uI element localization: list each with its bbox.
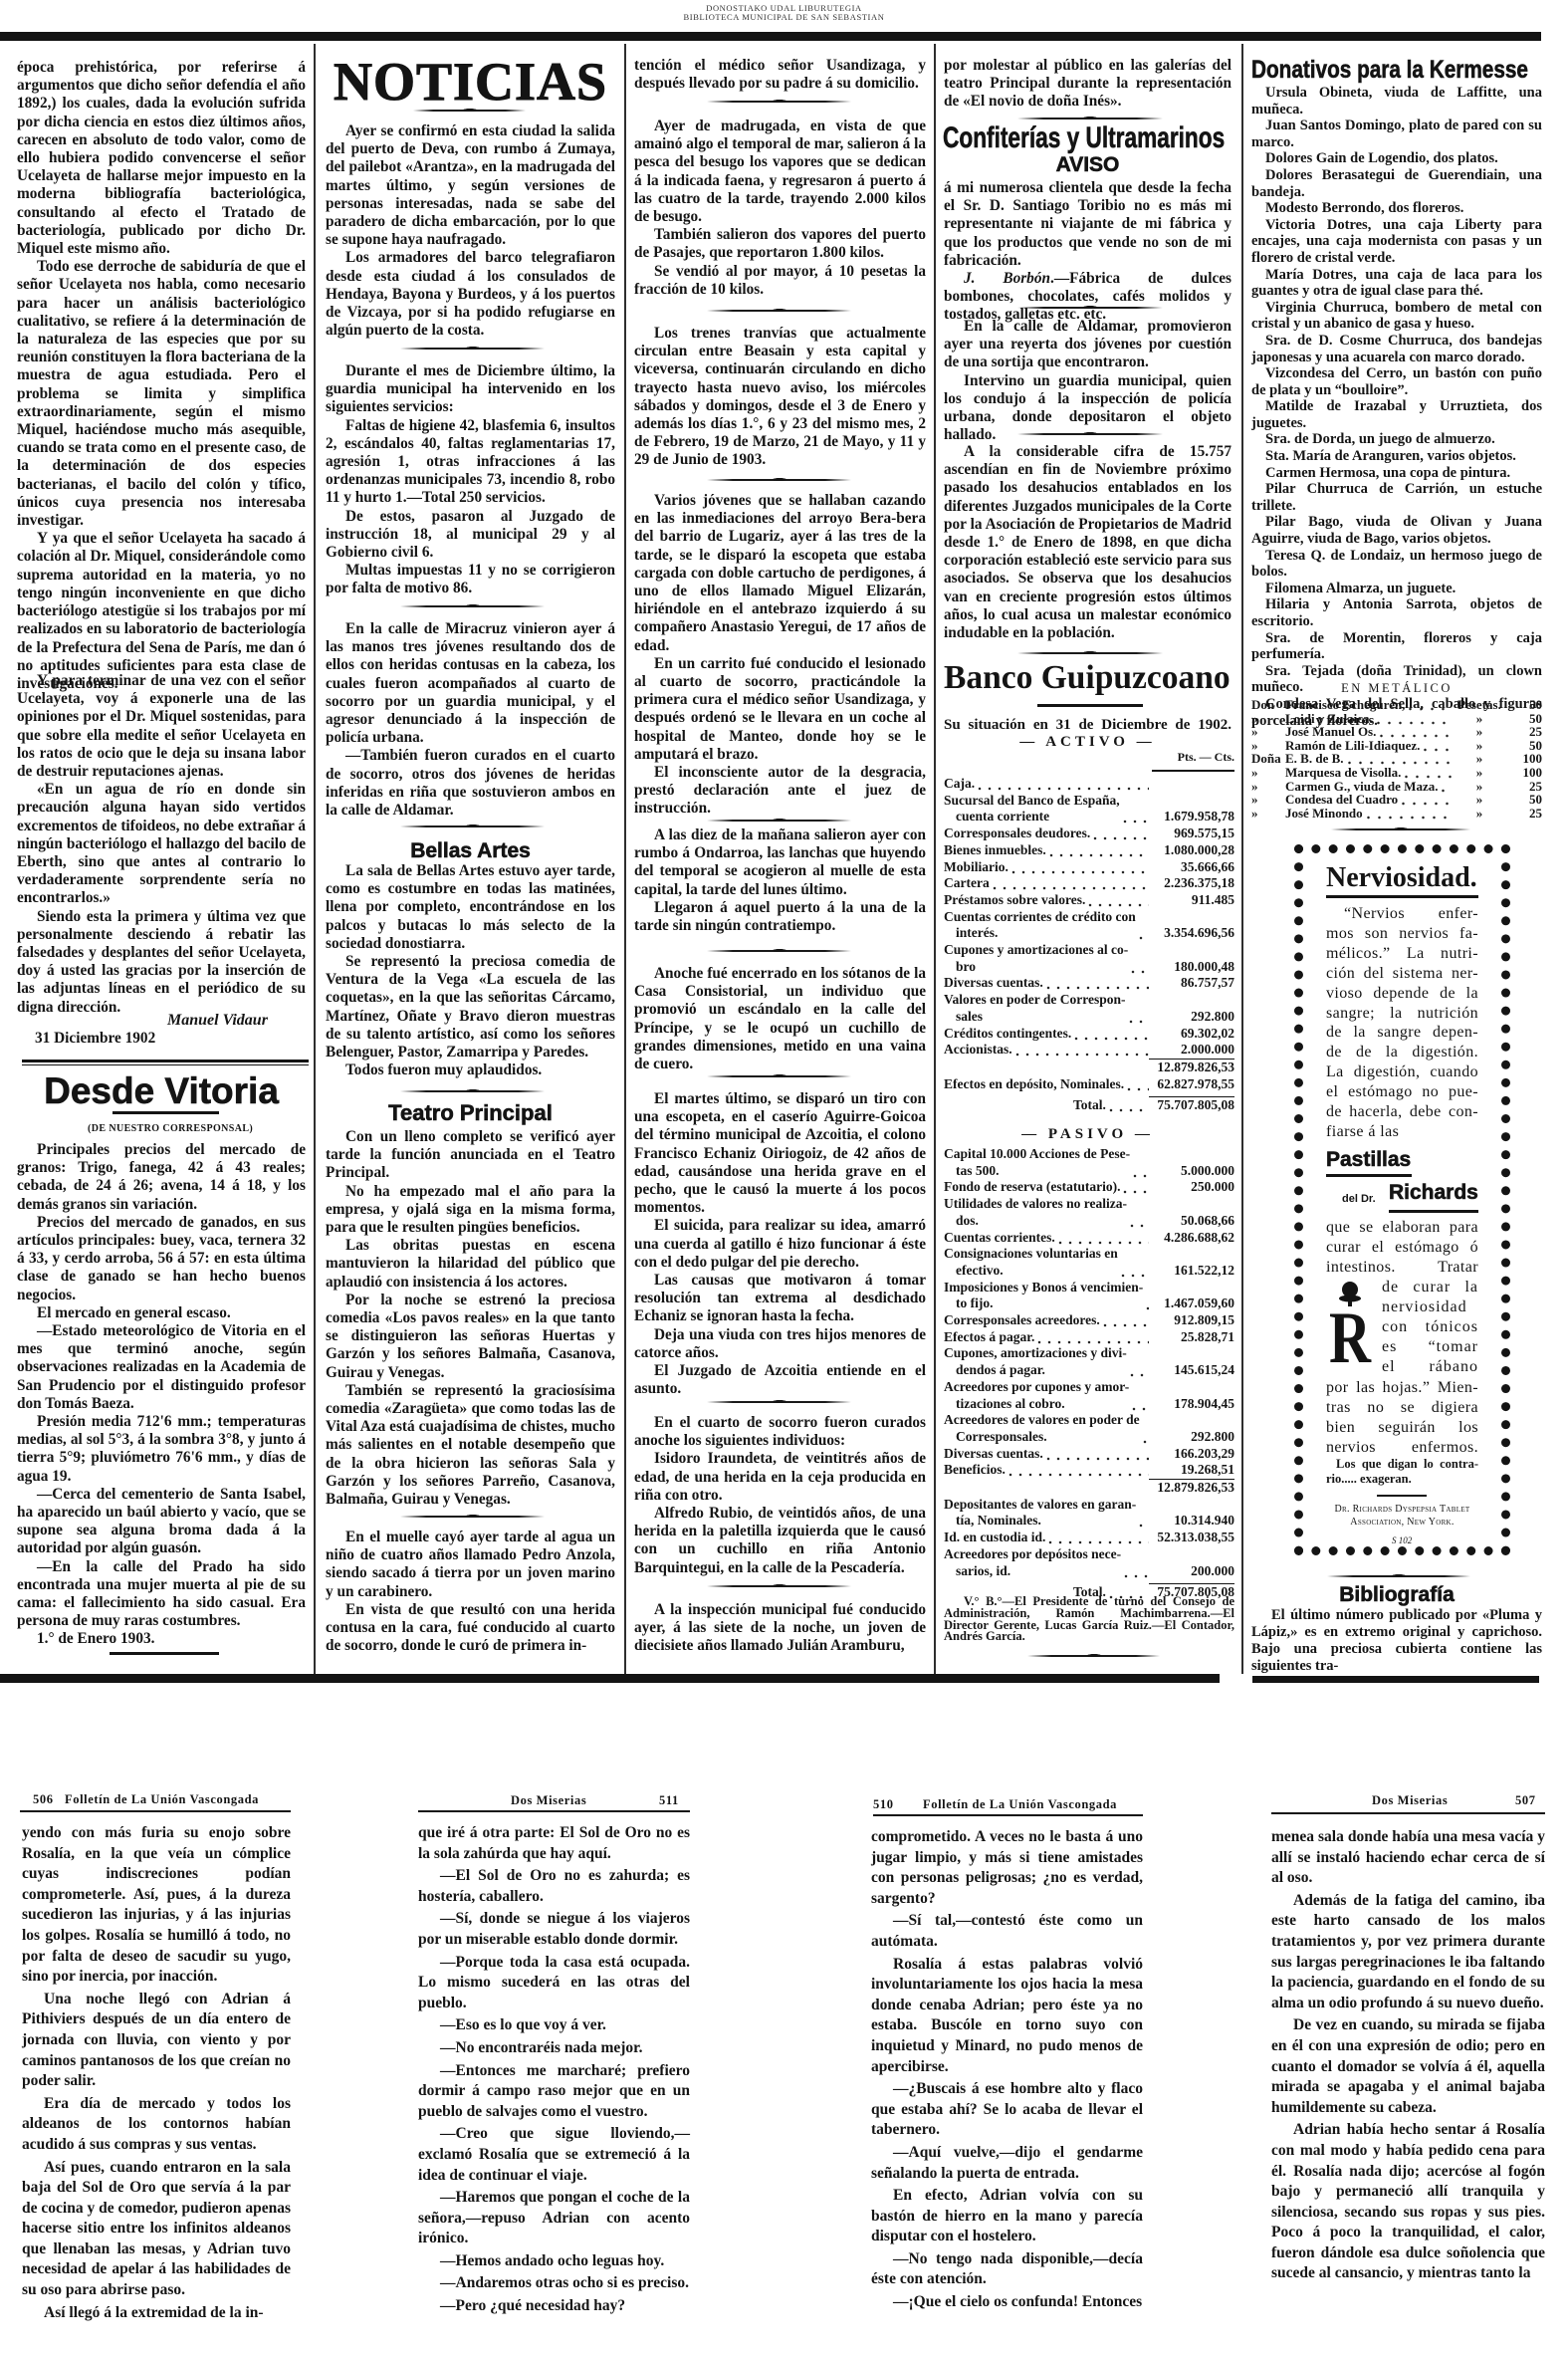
- ledger-label: Diversas cuentas.: [944, 1446, 1043, 1463]
- news-escopeta: Varios jóvenes que se hallaban cazando e…: [634, 492, 926, 819]
- currency-unit: Pesetas.: [1453, 698, 1506, 712]
- running-title: Folletín de La Unión Vascongada: [923, 1797, 1117, 1811]
- ad-tagline: Los que digan lo contra-rio..... exagera…: [1326, 1457, 1478, 1487]
- donation-item: Dolores Berasategui de Guerendiain, una …: [1251, 167, 1542, 200]
- teatro-principal-heading: Teatro Principal: [326, 1102, 615, 1124]
- activo-total: 75.707.805,08: [1149, 1096, 1234, 1114]
- ledger-value: 1.467.059,60: [1149, 1296, 1234, 1312]
- bibliografia-heading: Bibliografía: [1251, 1584, 1542, 1605]
- paragraph: Por la noche se estrenó la preciosa come…: [326, 1292, 615, 1382]
- dot-leader: [1106, 1097, 1149, 1114]
- ledger-value: 2.000.000: [1149, 1042, 1234, 1059]
- ornamental-rule: [400, 1088, 545, 1093]
- ledger-row: Fondo de reserva (estatutario).250.000: [944, 1179, 1234, 1196]
- column-separator: [314, 44, 316, 1674]
- paragraph: —Creo que sigue lloviendo,—exclamó Rosal…: [418, 2124, 690, 2186]
- ad-line: nerviosidad: [1382, 1297, 1478, 1317]
- donation-item: Vizcondesa del Cerro, un bastón con puño…: [1251, 365, 1542, 398]
- ad-line: mos son nervios fa-: [1326, 924, 1478, 944]
- dot-leader: [1118, 1263, 1149, 1280]
- ledger-row: Id. en custodia id.52.313.038,55: [944, 1530, 1234, 1546]
- ledger-value: 19.268,51: [1149, 1462, 1234, 1479]
- ad-line: rio..... exageran.: [1326, 1472, 1478, 1487]
- ledger-value: 180.000,48: [1149, 959, 1234, 976]
- ledger-label: Valores en poder de Correspon- sales: [944, 992, 1126, 1025]
- donor-title: »: [1251, 712, 1285, 726]
- dot-leader: [1363, 807, 1453, 821]
- ad-line: curar el estómago ó: [1326, 1238, 1478, 1258]
- dot-leader: [1071, 1026, 1149, 1043]
- paragraph: —Sí, donde se niegue á los viajeros por …: [418, 1909, 690, 1950]
- paragraph: —No encontraréis nada mejor.: [418, 2038, 690, 2059]
- serial-page-511: que iré á otra parte: El Sol de Oro no e…: [418, 1823, 690, 2317]
- paragraph: Alfredo Rubio, de veintidós años, de una…: [634, 1505, 926, 1577]
- ledger-row: Cuentas corrientes de crédito con interé…: [944, 909, 1234, 942]
- ornamental-rule: [707, 1073, 851, 1078]
- column-separator: [624, 44, 626, 1674]
- ledger-row: Acreedores por depósitos nece- sarios, i…: [944, 1546, 1234, 1579]
- paragraph: Era día de mercado y todos los aldeanos …: [22, 2094, 291, 2156]
- column-separator: [934, 44, 936, 1674]
- column-separator: [1241, 44, 1243, 1674]
- news-desahucios: A la considerable cifra de 15.757 ascend…: [944, 443, 1232, 642]
- letter-date: 31 Diciembre 1902: [35, 1030, 155, 1048]
- paragraph: Isidoro Iraundeta, de veintitrés años de…: [634, 1450, 926, 1505]
- ledger-value: 35.666,66: [1149, 859, 1234, 876]
- ledger-row: Corresponsales acreedores.912.809,15: [944, 1312, 1234, 1329]
- ad-line: de curar la: [1382, 1278, 1478, 1297]
- running-head-rule: [20, 1810, 291, 1812]
- ledger-value: 52.313.038,55: [1149, 1530, 1234, 1546]
- ledger-label: Mobiliario.: [944, 859, 1008, 876]
- donor-title: Doña: [1251, 752, 1285, 766]
- donation-item: Carmen Hermosa, una copa de pintura.: [1251, 465, 1542, 482]
- ad-credit: Dr. Richards Dyspepsia TabletAssociation…: [1312, 1503, 1492, 1529]
- paragraph: El martes último, se disparó un tiro con…: [634, 1090, 926, 1217]
- paragraph: Presión media 712'6 mm.; temperaturas me…: [17, 1413, 306, 1486]
- ledger-label: Acreedores por cupones y amor- tizacione…: [944, 1379, 1129, 1412]
- ledger-row: Depositantes de valores en garan- tía, N…: [944, 1497, 1234, 1530]
- paragraph: —Eso es lo que voy á ver.: [418, 2015, 690, 2036]
- paragraph: Los armadores del barco telegrafiaron de…: [326, 249, 615, 340]
- ad-line: bien seguirán los: [1326, 1418, 1478, 1438]
- ornamental-rule: [1027, 1653, 1160, 1658]
- donation-item: Ursula Obineta, viuda de Laffitte, una m…: [1251, 85, 1542, 118]
- ad-line: Los que digan lo contra-: [1326, 1457, 1478, 1472]
- dot-leader: [1140, 1429, 1149, 1446]
- serial-page-506: yendo con más furia su enojo sobre Rosal…: [22, 1823, 291, 2323]
- ad-line: intestinos. Tratar: [1326, 1258, 1478, 1278]
- ledger-value: 178.904,45: [1149, 1396, 1234, 1413]
- ledger-value: 50.068,66: [1149, 1213, 1234, 1230]
- donation-item: Matilde de Irazabal y Urruztieta, dos ju…: [1251, 398, 1542, 431]
- paragraph: Varios jóvenes que se hallaban cazando e…: [634, 492, 926, 655]
- dot-leader: [1034, 1329, 1149, 1346]
- ornamental-rule: [400, 603, 545, 608]
- donation-amount: 50: [1506, 698, 1542, 712]
- paragraph: —Sí tal,—contestó éste como un autómata.: [871, 1911, 1143, 1952]
- page-number: 511: [659, 1793, 679, 1807]
- ad-line: tras no se digiera: [1326, 1398, 1478, 1418]
- paragraph: Además de la fatiga del camino, iba este…: [1271, 1891, 1545, 2014]
- cash-donation-row: »Carmen G., viuda de Maza.»25: [1251, 780, 1542, 794]
- cash-donation-row: »José Minondo»25: [1251, 807, 1542, 821]
- ad-body-b: por las hojas.” Mien-tras no se digierab…: [1326, 1378, 1478, 1458]
- paragraph: Todo ese derroche de sabiduría de que el…: [17, 258, 306, 530]
- running-title: Folletín de La Unión Vascongada: [65, 1792, 259, 1806]
- currency-unit: »: [1453, 807, 1506, 821]
- ad-brand-name: Richards: [1389, 1182, 1478, 1203]
- paragraph: Las obritas puestas en escena mantuviero…: [326, 1237, 615, 1292]
- product-underline: [1326, 1174, 1412, 1177]
- donation-item: Juan Santos Domingo, plato de pared con …: [1251, 118, 1542, 150]
- paragraph: por molestar al público en las galerías …: [944, 57, 1232, 112]
- ornamental-rule: [707, 1583, 851, 1588]
- activo-heading: — ACTIVO —: [944, 734, 1232, 750]
- serial-page-510: comprometido. A veces no le basta á uno …: [871, 1827, 1143, 2313]
- ledger-row: Beneficios.19.268,51: [944, 1462, 1234, 1479]
- paragraph: tención el médico señor Usandizaga, y de…: [634, 57, 926, 93]
- ledger-label: Depositantes de valores en garan- tía, N…: [944, 1497, 1136, 1530]
- donor-title: »: [1251, 739, 1285, 753]
- ornamental-rule: [707, 818, 851, 823]
- dot-leader: [1126, 1009, 1149, 1026]
- ledger-value: 911.485: [1149, 892, 1234, 909]
- ledger-value: 3.354.696,56: [1149, 925, 1234, 942]
- dot-leader: [1012, 1042, 1149, 1059]
- paragraph: No ha empezado mal el año para la empres…: [326, 1183, 615, 1238]
- paragraph: Durante el mes de Diciembre último, la g…: [326, 362, 615, 417]
- pasivo-heading: — PASIVO —: [944, 1126, 1232, 1142]
- paragraph: —Aquí vuelve,—dijo el gendarme señalando…: [871, 2143, 1143, 2184]
- donation-item: Modesto Berrondo, dos floreros.: [1251, 200, 1542, 217]
- dot-leader: [1344, 752, 1453, 766]
- ledger-value: 86.757,57: [1149, 975, 1234, 992]
- ad-intro-text: “Nervios enfer-mos son nervios fa-mélico…: [1326, 904, 1478, 1142]
- ledger-row: Cartera2.236.375,18: [944, 875, 1234, 892]
- dot-leader: [1043, 975, 1149, 992]
- letter-signature: Manuel Vidaur: [167, 1012, 268, 1030]
- ad-line: el rábano: [1382, 1357, 1478, 1377]
- currency-unit: »: [1453, 752, 1506, 766]
- dot-leader: [1055, 1230, 1149, 1247]
- ledger-row: Bienes inmuebles.1.080.000,28: [944, 842, 1234, 859]
- paragraph: —Hemos andado ocho leguas hoy.: [418, 2251, 690, 2272]
- ledger-label: Cartera: [944, 875, 990, 892]
- donation-amount: 25: [1506, 807, 1542, 821]
- paragraph: Anoche fué encerrado en los sótanos de l…: [634, 965, 926, 1073]
- dot-leader: [975, 776, 1149, 793]
- paragraph: A la inspección municipal fué conducido …: [634, 1601, 926, 1656]
- ledger-value: 145.615,24: [1149, 1362, 1234, 1379]
- news-teatro-principal: Con un lleno completo se verificó ayer t…: [326, 1128, 615, 1509]
- ornamental-rule: [1331, 826, 1470, 831]
- donativos-list: Ursula Obineta, viuda de Laffitte, una m…: [1251, 85, 1542, 729]
- dot-leader: [1100, 1312, 1149, 1329]
- paragraph: Adrian había hecho sentar á Rosalía con …: [1271, 2120, 1545, 2284]
- ledger-label: Corresponsales deudores.: [944, 825, 1090, 842]
- ledger-value: 1.679.958,78: [1149, 809, 1234, 825]
- ledger-value: 200.000: [1149, 1563, 1234, 1580]
- metalico-table: DonFrancisco Echeguren,Pesetas.50»Loidi …: [1251, 698, 1542, 820]
- ad-line: por las hojas.” Mien-: [1326, 1378, 1478, 1398]
- ad-signer-line: J. Borbón.—Fábrica de dulces bombones, c…: [944, 270, 1232, 325]
- paragraph: En la calle de Miracruz vinieron ayer á …: [326, 620, 615, 747]
- dot-leader: [1085, 892, 1149, 909]
- title-underline: [112, 1111, 219, 1114]
- section-end-rule: [110, 1652, 219, 1655]
- paragraph: En un carrito fué conducido el lesionado…: [634, 655, 926, 764]
- dot-leader: [1405, 698, 1453, 712]
- paragraph: menea sala donde había una mesa vacía y …: [1271, 1827, 1545, 1889]
- ornamental-rule: [1017, 650, 1163, 655]
- paragraph: El suicida, para realizar su idea, amarr…: [634, 1217, 926, 1272]
- news-besugo: Ayer de madrugada, en vista de que amain…: [634, 118, 926, 299]
- ledger-label: Caja.: [944, 776, 975, 793]
- ledger-value: 912.809,15: [1149, 1312, 1234, 1329]
- ornamental-rule: [707, 99, 851, 104]
- ornamental-rule: [413, 108, 526, 113]
- ledger-label: Cupones y amortizaciones al co- bro: [944, 942, 1128, 975]
- paragraph: que iré á otra parte: El Sol de Oro no e…: [418, 1823, 690, 1864]
- archive-stamp-line2: BIBLIOTECA MUNICIPAL DE SAN SEBASTIAN: [0, 13, 1568, 22]
- paragraph: —También fueron curados en el cuarto de …: [326, 747, 615, 820]
- ornamental-rule: [1017, 431, 1163, 436]
- news-lanchas: A las diez de la mañana salieron ayer co…: [634, 826, 926, 935]
- paragraph: 1.° de Enero 1903.: [17, 1630, 306, 1648]
- confiterias-ad-title: Confiterías y Ultramarinos: [943, 123, 1225, 153]
- donation-amount: 100: [1506, 766, 1542, 780]
- paragraph: A las diez de la mañana salieron ayer co…: [634, 826, 926, 899]
- paragraph: —Pero ¿qué necesidad hay?: [418, 2296, 690, 2317]
- donor-title: »: [1251, 766, 1285, 780]
- dot-leader: [1127, 1213, 1149, 1230]
- ledger-row: Capital 10.000 Acciones de Pese- tas 500…: [944, 1146, 1234, 1179]
- news-muelle: En el muelle cayó ayer tarde al agua un …: [326, 1529, 615, 1655]
- running-title: Dos Miserias: [1372, 1793, 1448, 1807]
- ledger-value: 292.800: [1149, 1429, 1234, 1446]
- double-rule-thick: [22, 1060, 309, 1062]
- activo-deposit-row: Efectos en depósito, Nominales.62.827.97…: [944, 1076, 1234, 1093]
- paragraph: Principales precios del mercado de grano…: [17, 1141, 306, 1214]
- news-inspeccion: A la inspección municipal fué conducido …: [634, 1601, 926, 1656]
- cash-donation-row: DoñaE. B. de B.»100: [1251, 752, 1542, 766]
- ledger-label: Bienes inmuebles.: [944, 842, 1046, 859]
- dot-leader: [1120, 1179, 1149, 1196]
- donation-item: Victoria Dotres, una caja Liberty para e…: [1251, 217, 1542, 267]
- dot-leader: [1128, 959, 1149, 976]
- donor-title: »: [1251, 793, 1285, 807]
- ledger-row: Valores en poder de Correspon- sales292.…: [944, 992, 1234, 1025]
- richards-emblem-icon: R: [1327, 1281, 1373, 1366]
- cash-donation-row: »Condesa del Cuadro»50: [1251, 793, 1542, 807]
- cash-donation-row: »Ramón de Lili-Idiaquez.»50: [1251, 739, 1542, 753]
- ledger-value: 25.828,71: [1149, 1329, 1234, 1346]
- donor-title: »: [1251, 807, 1285, 821]
- paragraph: —Cerca del cementerio de Santa Isabel, h…: [17, 1486, 306, 1558]
- paragraph: —Estado meteorológico de Vitoria en el m…: [17, 1322, 306, 1413]
- dot-leader: [1373, 712, 1453, 726]
- nerviosidad-ad-title: Nerviosidad.: [1326, 864, 1477, 892]
- ledger-value: 250.000: [1149, 1179, 1234, 1196]
- ledger-label: Cupones, amortizaciones y divi- dendos á…: [944, 1345, 1127, 1378]
- ledger-row: Caja.: [944, 776, 1234, 793]
- dot-leader: [1376, 725, 1453, 739]
- banco-signatures: V.° B.°—El Presidente de turno del Conse…: [944, 1596, 1234, 1643]
- donation-item: María Dotres, una caja de laca para los …: [1251, 267, 1542, 300]
- paragraph: —Porque toda la casa está ocupada. Lo mi…: [418, 1953, 690, 2014]
- paragraph: Ayer de madrugada, en vista de que amain…: [634, 118, 926, 226]
- ledger-value: 69.302,02: [1149, 1026, 1234, 1043]
- paragraph: El mercado en general escaso.: [17, 1304, 306, 1322]
- paragraph: Así pues, cuando entraron en la sala baj…: [22, 2158, 291, 2301]
- ledger-label: Corresponsales acreedores.: [944, 1312, 1100, 1329]
- ledger-value: 62.827.978,55: [1149, 1076, 1234, 1093]
- paragraph: Siendo esta la primera y última vez que …: [17, 908, 306, 1017]
- ledger-row: Efectos á pagar.25.828,71: [944, 1329, 1234, 1346]
- dot-leader: [1136, 925, 1149, 942]
- ad-signer-name: J. Borbón: [964, 270, 1050, 287]
- donation-item: Teresa Q. de Londaiz, un hermoso juego d…: [1251, 548, 1542, 581]
- donor-name: Ramón de Lili-Idiaquez.: [1285, 739, 1420, 753]
- dot-leader: [1121, 1563, 1149, 1580]
- ad-divider: [1377, 1495, 1427, 1497]
- cash-donation-row: »Loidi y Zulaica.»50: [1251, 712, 1542, 726]
- paragraph: Multas impuestas 11 y no se corrigieron …: [326, 562, 615, 597]
- donation-amount: 50: [1506, 739, 1542, 753]
- paragraph: V.° B.°—El Presidente de turno del Conse…: [944, 1596, 1234, 1643]
- paragraph: época prehistórica, por referirse á argu…: [17, 59, 306, 258]
- donation-item: Sra. de Morentin, floreros y caja perfum…: [1251, 630, 1542, 663]
- ledger-row: Diversas cuentas.166.203,29: [944, 1446, 1234, 1463]
- donation-item: Virginia Churruca, bombero de metal con …: [1251, 300, 1542, 333]
- ledger-label: Acreedores de valores en poder de Corres…: [944, 1412, 1140, 1445]
- news-aldamar: En la calle de Aldamar, promovieron ayer…: [944, 318, 1232, 444]
- dot-leader: [1127, 1362, 1149, 1379]
- vitoria-byline: (DE NUESTRO CORRESPONSAL): [88, 1123, 253, 1135]
- ledger-label: Fondo de reserva (estatutario).: [944, 1179, 1120, 1196]
- activo-total-row: Total.75.707.805,08: [944, 1096, 1234, 1114]
- ledger-row: Préstamos sobre valores.911.485: [944, 892, 1234, 909]
- paragraph: —Haremos que pongan el coche de la señor…: [418, 2188, 690, 2249]
- paragraph: Ayer se confirmó en esta ciudad la salid…: [326, 122, 615, 249]
- dot-leader: [1046, 842, 1149, 859]
- ledger-row: Acreedores de valores en poder de Corres…: [944, 1412, 1234, 1445]
- title-underline: [1037, 704, 1143, 707]
- donor-name: Carmen G., viuda de Maza.: [1285, 780, 1438, 794]
- currency-unit: »: [1453, 712, 1506, 726]
- dot-leader: [1136, 1513, 1149, 1530]
- ledger-label: Créditos contingentes.: [944, 1026, 1071, 1043]
- paragraph: También salieron dos vapores del puerto …: [634, 226, 926, 262]
- ledger-label: Consignaciones voluntarias en efectivo.: [944, 1246, 1118, 1279]
- ledger-row: Imposiciones y Bonos á vencimien- to fij…: [944, 1280, 1234, 1312]
- ornamental-rule: [1327, 1573, 1470, 1578]
- donor-name: Condesa del Cuadro: [1285, 793, 1398, 807]
- paragraph: —No tengo nada disponible,—decía éste co…: [871, 2249, 1143, 2290]
- donation-item: Pilar Churruca de Carrión, un estuche tr…: [1251, 481, 1542, 514]
- ad-line: es “tomar: [1382, 1337, 1478, 1357]
- donation-amount: 50: [1506, 712, 1542, 726]
- currency-unit: »: [1453, 725, 1506, 739]
- donor-name: E. B. de B.: [1285, 752, 1344, 766]
- brand-underline: [1389, 1210, 1478, 1213]
- letter-bacteriology-part1: época prehistórica, por referirse á argu…: [17, 59, 306, 693]
- paragraph: Todos fueron muy aplaudidos.: [326, 1061, 615, 1079]
- paragraph: Rosalía á estas palabras volvió involunt…: [871, 1955, 1143, 2078]
- paragraph: En el cuarto de socorro fueron curados a…: [634, 1414, 926, 1450]
- ledger-row: Corresponsales deudores.969.575,15: [944, 825, 1234, 842]
- ledger-label: Id. en custodia id.: [944, 1530, 1045, 1546]
- dot-leader: [1124, 1076, 1149, 1093]
- paragraph: Y para terminar de una vez con el señor …: [17, 672, 306, 781]
- ledger-row: Acreedores por cupones y amor- tizacione…: [944, 1379, 1234, 1412]
- ad-line: ción del sistema ner-: [1326, 964, 1478, 984]
- paragraph: —¿Buscais á ese hombre alto y flaco que …: [871, 2079, 1143, 2141]
- ledger-label: Cuentas corrientes de crédito con interé…: [944, 909, 1136, 942]
- donation-item: Hilaria y Antonia Sarrota, objetos de es…: [1251, 596, 1542, 629]
- ornamental-rule: [1017, 305, 1163, 310]
- paragraph: El Juzgado de Azcoitia entiende en el as…: [634, 1362, 926, 1398]
- ledger-label: Acreedores por depósitos nece- sarios, i…: [944, 1546, 1121, 1579]
- ledger-row: Cupones, amortizaciones y divi- dendos á…: [944, 1345, 1234, 1378]
- dot-leader: [990, 875, 1149, 892]
- news-suicidio: El martes último, se disparó un tiro con…: [634, 1090, 926, 1398]
- activo-subtotal-row: 12.879.826,53: [944, 1059, 1234, 1076]
- ad-line: de la sangre depen-: [1326, 1023, 1478, 1043]
- ledger-value: 2.236.375,18: [1149, 875, 1234, 892]
- dot-leader: [1045, 1530, 1149, 1546]
- paragraph: —Entonces me marcharé; prefiero dormir á…: [418, 2061, 690, 2123]
- paragraph: Y ya que el señor Ucelayeta ha sacado á …: [17, 530, 306, 693]
- ledger-label: Imposiciones y Bonos á vencimien- to fij…: [944, 1280, 1143, 1312]
- page-number: 507: [1515, 1793, 1536, 1807]
- total-label: Total.: [1073, 1097, 1106, 1114]
- ornamental-rule: [400, 1514, 545, 1519]
- currency-unit: »: [1453, 739, 1506, 753]
- donor-title: »: [1251, 780, 1285, 794]
- page-number: 510: [873, 1797, 894, 1811]
- ledger-row: Créditos contingentes.69.302,02: [944, 1026, 1234, 1043]
- ad-body-wrap: de curar lanerviosidadcon tónicoses “tom…: [1382, 1278, 1478, 1377]
- spacer: [956, 1060, 1149, 1076]
- pasivo-table: Capital 10.000 Acciones de Pese- tas 500…: [944, 1146, 1234, 1601]
- paragraph: —En la calle del Prado ha sido encontrad…: [17, 1558, 306, 1631]
- cash-donation-row: DonFrancisco Echeguren,Pesetas.50: [1251, 698, 1542, 712]
- paragraph: Llegaron á aquel puerto á la una de la t…: [634, 899, 926, 935]
- ledger-label: Cuentas corrientes.: [944, 1230, 1055, 1247]
- confiterias-ad-body: á mi numerosa clientela que desde la fec…: [944, 179, 1232, 325]
- ad-line: nervios enfermos.: [1326, 1438, 1478, 1458]
- ad-line: el estómago no pue-: [1326, 1082, 1478, 1102]
- currency-unit: »: [1453, 780, 1506, 794]
- ornamental-rule: [707, 948, 851, 953]
- news-guardia-municipal: Durante el mes de Diciembre último, la g…: [326, 362, 615, 598]
- activo-subtotal: 12.879.826,53: [1149, 1059, 1234, 1076]
- donation-amount: 25: [1506, 725, 1542, 739]
- letter-bacteriology-part2: Y para terminar de una vez con el señor …: [17, 672, 306, 1017]
- donation-amount: 100: [1506, 752, 1542, 766]
- ad-by-prefix: del Dr.: [1342, 1193, 1376, 1205]
- ledger-row: Accionistas.2.000.000: [944, 1042, 1234, 1059]
- donation-item: Filomena Almarza, un juguete.: [1251, 581, 1542, 597]
- dot-leader: [1090, 825, 1149, 842]
- dot-leader: [1420, 739, 1453, 753]
- ledger-value: 166.203,29: [1149, 1446, 1234, 1463]
- ledger-label: Préstamos sobre valores.: [944, 892, 1085, 909]
- paragraph: El último número publicado por «Pluma y …: [1251, 1607, 1542, 1675]
- paragraph: Así llegó á la extremidad de la in-: [22, 2303, 291, 2324]
